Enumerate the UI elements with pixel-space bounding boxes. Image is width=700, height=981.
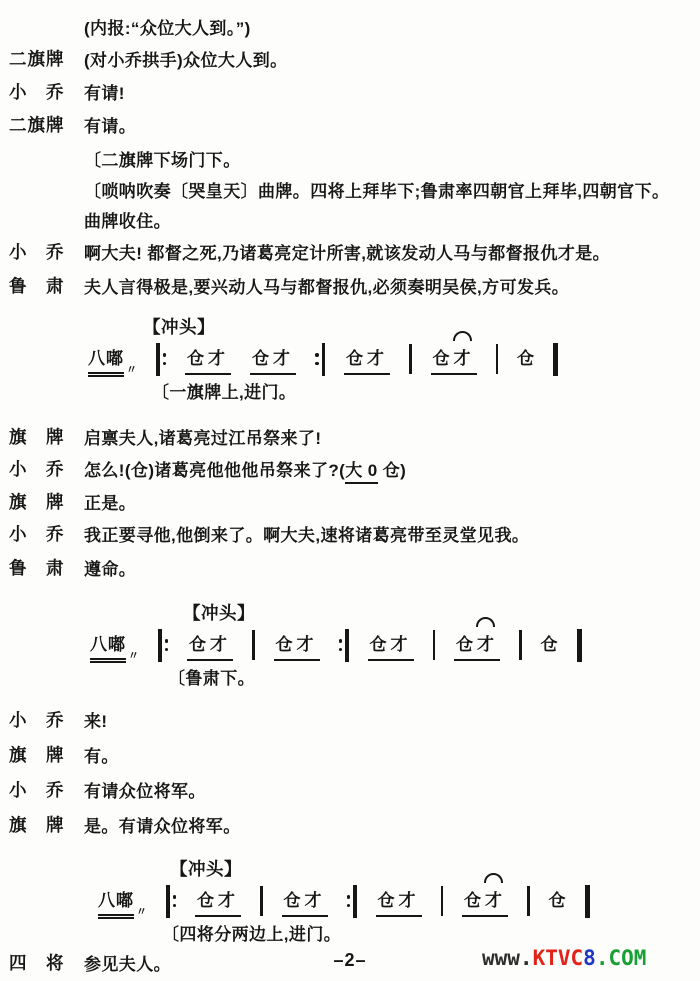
luogu-beat-cangcai: 仓才 [195,886,241,917]
stage-direction-row: 曲牌收住。 [0,207,700,233]
cang-syllable: 仓 [464,891,485,910]
luogu-beat-cangcai: 仓才 [274,630,320,661]
barline-stroke [353,885,357,918]
dialogue-text: 有请! [84,79,125,104]
drum-roll-text: 八嘟 [98,886,134,916]
dialogue-row: 旗 牌 有。 [0,742,700,768]
dialogue-row: 鲁 肃 夫人言得极是,要兴动人马与都督报仇,必须奏明吴侯,方可发兵。 [0,273,700,299]
speaker-name: 旗 牌 [9,812,65,837]
percussion-block: 【冲头】 八嘟〃仓才仓才仓才仓才仓 〔四将分两边上,进门。 [0,856,700,945]
cai-syllable: 才 [297,635,318,654]
speaker-name: 小 乔 [9,521,65,546]
stage-direction: 〔鲁肃下。 [168,664,700,689]
drum-roll-text: 八嘟 [90,630,126,660]
repeat-end-icon [347,885,357,918]
cai-syllable: 才 [477,630,498,655]
cang-syllable: 仓 [378,891,399,910]
dialogue-text: 有请。 [84,112,136,137]
barline-icon [496,344,499,374]
dialogue-row: 旗 牌 正是。 [0,489,700,515]
dialogue-text-segment: 怎么!(仓)诸葛亮他他他吊祭来了?( [84,461,345,480]
roll-continuation-mark: 〃 [126,361,137,377]
luogu-beat-cangcai: 仓才 [376,886,422,917]
dialogue-row: 小 乔 来! [0,707,700,733]
repeat-start-icon [158,629,168,662]
speaker-name: 二旗牌 [9,112,65,137]
cang-syllable: 仓 [189,635,210,654]
watermark-www: www. [482,946,533,970]
speaker-name: 小 乔 [9,79,65,104]
dialogue-text: 怎么!(仓)诸葛亮他他他吊祭来了?(大 0 仓) [84,456,406,481]
cang-syllable: 仓 [456,635,477,654]
repeat-start-icon [166,885,176,918]
stage-direction: 〔四将分两边上,进门。 [162,920,700,945]
speaker-name: 旗 牌 [9,489,65,514]
barline-stroke [322,343,326,376]
dialogue-text: 啊大夫! 都督之死,乃诸葛亮定计所害,就该发动人马与都督报仇才是。 [84,239,610,264]
speaker-name: 小 乔 [9,239,65,264]
speaker-name: 鲁 肃 [9,273,65,298]
luogu-beat-cangcai-fermata: 仓才 [431,344,477,375]
cang-syllable: 仓 [187,349,208,368]
cai-syllable: 才 [218,891,239,910]
cai-syllable: 才 [454,344,475,369]
dialogue-text: 正是。 [84,489,136,514]
repeat-end-icon [315,343,325,376]
script-page: (内报:“众位大人到。”) 二旗牌 (对小乔拱手)众位大人到。 小 乔 有请! … [0,0,700,981]
drum-roll-prefix: 八嘟〃 [98,886,147,916]
roll-continuation-mark: 〃 [136,903,147,919]
luogu-beat-cangcai: 仓才 [187,630,233,661]
repeat-dots [339,639,343,651]
watermark-ktvc: KTVC [533,946,584,970]
cai-syllable: 才 [273,349,294,368]
cai-syllable: 才 [485,886,506,911]
repeat-dots [165,639,169,651]
repeat-dots [315,353,319,365]
barline-stroke [158,629,162,662]
cai-syllable: 才 [367,349,388,368]
barline-icon [252,630,255,660]
luogu-beat-cang: 仓 [517,344,534,375]
stage-direction: 〔一旗牌上,进门。 [152,378,700,403]
dialogue-text: 来! [84,707,107,732]
dialogue-row: 小 乔 啊大夫! 都督之死,乃诸葛亮定计所害,就该发动人马与都督报仇才是。 [0,239,700,265]
luogu-beat-cangcai: 仓才 [344,344,390,375]
drum-roll-prefix: 八嘟〃 [90,630,139,660]
cang-syllable: 仓 [276,635,297,654]
luogu-beat-cang: 仓 [549,886,566,917]
repeat-start-icon [156,343,166,376]
stage-direction-row: 〔二旗牌下场门下。 [0,146,700,172]
dialogue-row: 旗 牌 是。有请众位将军。 [0,812,700,838]
cang-syllable: 仓 [197,891,218,910]
drum-roll-text: 八嘟 [88,344,124,374]
dialogue-text: 我正要寻他,他倒来了。啊大夫,速将诸葛亮带至灵堂见我。 [84,521,529,546]
barline-icon [441,886,444,916]
barline-stroke [166,885,170,918]
stage-direction-row: 〔唢呐吹奏〔哭皇天〕曲牌。四将上拜毕下;鲁肃率四朝官上拜毕,四朝官下。 [0,177,700,203]
repeat-dots [163,353,167,365]
cang-syllable: 仓 [370,635,391,654]
dialogue-row: 小 乔 我正要寻他,他倒来了。啊大夫,速将诸葛亮带至灵堂见我。 [0,521,700,547]
cai-syllable: 才 [391,635,412,654]
repeat-end-icon [339,629,349,662]
barline-icon [260,886,263,916]
dialogue-row: 鲁 肃 遵命。 [0,555,700,581]
final-barline-icon [577,629,582,662]
luogu-beat-cangcai: 仓才 [368,630,414,661]
luogu-beat-cangcai-fermata: 仓才 [454,630,500,661]
percussion-notation-line: 八嘟〃仓才仓才仓才仓才仓 [90,627,700,663]
dialogue-row: 小 乔 有请! [0,79,700,105]
percussion-pattern-label: 【冲头】 [183,600,700,625]
dialogue-text: 有请众位将军。 [84,777,206,802]
dialogue-text-segment: 仓) [378,461,407,480]
luogu-beat-cangcai: 仓才 [185,344,231,375]
percussion-block: 【冲头】 八嘟〃仓才仓才仓才仓才仓 〔鲁肃下。 [0,600,700,689]
stage-direction: 〔二旗牌下场门下。 [84,146,241,171]
percussion-block: 【冲头】 八嘟〃仓才仓才仓才仓才仓 〔一旗牌上,进门。 [0,314,700,403]
dialogue-text: 遵命。 [84,555,136,580]
stage-direction: 〔唢呐吹奏〔哭皇天〕曲牌。四将上拜毕下;鲁肃率四朝官上拜毕,四朝官下。 [84,177,669,202]
speaker-name: 小 乔 [9,707,65,732]
dialogue-text: (对小乔拱手)众位大人到。 [84,46,288,71]
cang-syllable: 仓 [252,349,273,368]
dialogue-row: 小 乔 有请众位将军。 [0,777,700,803]
underlined-percussion-cue: 大 0 [345,461,377,484]
speaker-name: 二旗牌 [9,46,65,71]
cang-syllable: 仓 [284,891,305,910]
barline-stroke [156,343,160,376]
dialogue-text: 启禀夫人,诸葛亮过江吊祭来了! [84,424,321,449]
speaker-name: 鲁 肃 [9,555,65,580]
speaker-name: 旗 牌 [9,742,65,767]
stage-direction-row: (内报:“众位大人到。”) [0,14,700,40]
watermark-8: 8 [583,946,596,970]
stage-direction: (内报:“众位大人到。”) [84,14,251,39]
dialogue-row: 小 乔 怎么!(仓)诸葛亮他他他吊祭来了?(大 0 仓) [0,456,700,482]
percussion-notation-line: 八嘟〃仓才仓才仓才仓才仓 [98,883,700,919]
percussion-notation-line: 八嘟〃仓才仓才仓才仓才仓 [88,341,700,377]
dialogue-text: 夫人言得极是,要兴动人马与都督报仇,必须奏明吴侯,方可发兵。 [84,273,569,298]
speaker-name: 小 乔 [9,456,65,481]
dialogue-row: 二旗牌 有请。 [0,112,700,138]
luogu-beat-cang: 仓 [541,630,558,661]
cai-syllable: 才 [208,349,229,368]
drum-roll-prefix: 八嘟〃 [88,344,137,374]
final-barline-icon [585,885,590,918]
luogu-beat-cangcai: 仓才 [282,886,328,917]
cang-syllable: 仓 [346,349,367,368]
speaker-name: 旗 牌 [9,424,65,449]
barline-icon [527,886,530,916]
dialogue-row: 旗 牌 启禀夫人,诸葛亮过江吊祭来了! [0,424,700,450]
watermark-com: .COM [596,946,647,970]
repeat-dots [173,895,177,907]
final-barline-icon [553,343,558,376]
cai-syllable: 才 [305,891,326,910]
barline-icon [433,630,436,660]
cang-syllable: 仓 [433,349,454,368]
barline-icon [409,344,412,374]
barline-icon [519,630,522,660]
dialogue-text: 是。有请众位将军。 [84,812,241,837]
repeat-dots [347,895,351,907]
percussion-pattern-label: 【冲头】 [143,314,700,339]
dialogue-text: 有。 [84,742,119,767]
luogu-beat-cangcai-fermata: 仓才 [462,886,508,917]
cai-syllable: 才 [210,635,231,654]
speaker-name: 小 乔 [9,777,65,802]
percussion-pattern-label: 【冲头】 [170,856,700,881]
watermark-url: www.KTVC8.COM [482,946,646,970]
dialogue-row: 二旗牌 (对小乔拱手)众位大人到。 [0,46,700,72]
stage-direction: 曲牌收住。 [84,207,171,232]
barline-stroke [345,629,349,662]
luogu-beat-cangcai: 仓才 [250,344,296,375]
roll-continuation-mark: 〃 [128,647,139,663]
cai-syllable: 才 [399,891,420,910]
